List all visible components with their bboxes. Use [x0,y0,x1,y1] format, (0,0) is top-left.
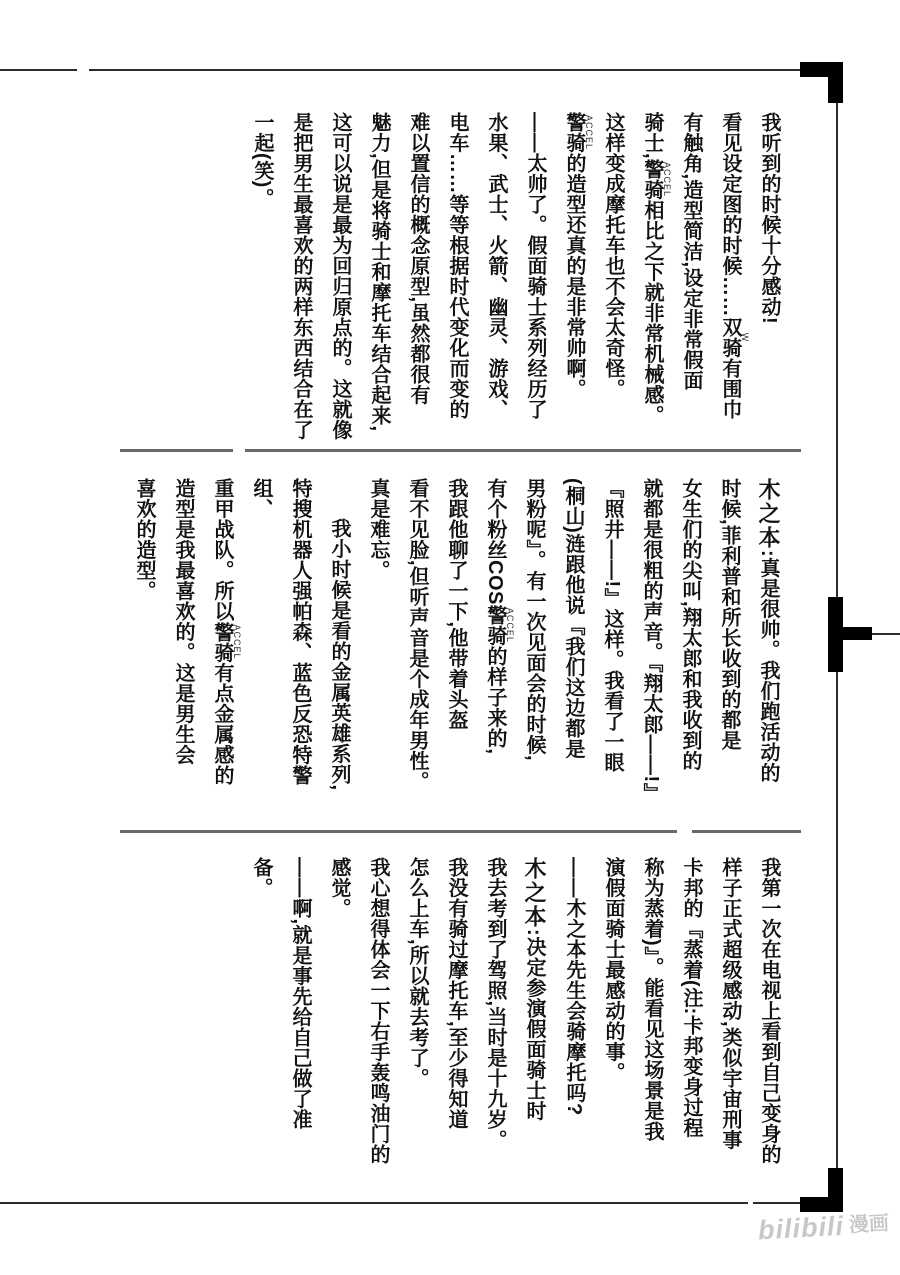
text-column: 这样变成摩托车也不会太奇怪。 [593,112,632,454]
text-column: 电车……等等根据时代变化而变的 [437,112,476,454]
text-column: 一起(笑)。 [242,112,281,454]
interview-section-bottom: 我第一次在电视上看到自己变身的样子正式超级感动,类似宇宙刑事卡邦的『蒸着(注:卡… [241,857,788,1169]
ruby-annotated-text: 警骑ACCEL [563,112,585,153]
text-column: ——啊,就是事先给自己做了准备。 [241,857,319,1169]
text-column: 造型是我最喜欢的。这是男生会 [163,478,202,826]
registration-mark-bottom-right-horizontal [800,1197,843,1212]
text-column: 重甲战队。所以警骑ACCEL有点金属感的 [202,478,241,826]
text-column: 水果、武士、火箭、幽灵、游戏、 [476,112,515,454]
text-column: (桐山)涟跟他说『我们这边都是 [553,478,592,826]
registration-mark-top-right-vertical [828,62,843,103]
trim-line-bottom-right [753,1202,800,1204]
text-column: 我心想得体会一下右手轰鸣油门的 [358,857,397,1169]
text-column: 我去考到了驾照,当时是十九岁。 [475,857,514,1169]
text-column: 这可以说是最为回归原点的。这就像 [320,112,359,454]
text-column: ——木之本先生会骑摩托吗? [554,857,593,1169]
text-column: 木之本:决定参演假面骑士时 [514,857,554,1169]
trim-line-top-left [0,69,77,71]
section-divider [692,830,801,833]
section-divider [120,830,677,833]
text-column: 难以置信的概念原型,虽然都很有 [398,112,437,454]
text-column: 我听到的时候十分感动! [749,112,788,454]
section-divider [245,449,801,452]
text-column: 怎么上车,所以就去考了。 [397,857,436,1169]
text-column: 我跟他聊了一下,他带着头盔 [436,478,475,826]
manga-interview-page: 我听到的时候十分感动!看见设定图的时候……双骑W有围巾有触角,造型简洁,设定非常… [0,0,900,1275]
text-column: 看见设定图的时候……双骑W有围巾 [710,112,749,454]
text-column: 称为蒸着)』。能看见这场景是我 [632,857,671,1169]
registration-mark-middle-right-arm [843,627,872,640]
speaker-name: 木之本 [522,857,547,929]
text-column: 『照井——!』这样。我看了一眼 [592,478,631,826]
text-column: 有个粉丝COS警骑ACCEL的样子来的, [475,478,514,826]
text-column: 是把男生最喜欢的两样东西结合在了 [281,112,320,454]
text-column: 女生们的尖叫,翔太郎和我收到的 [670,478,709,826]
speaker-name: 木之本 [756,478,781,550]
interview-section-middle: 木之本:真是很帅。我们跑活动的时候,菲利普和所长收到的都是女生们的尖叫,翔太郎和… [124,478,788,826]
text-column: 骑士,警骑ACCEL相比之下就非常机械感。 [632,112,671,454]
text-column: 男粉呢』。有一次见面会的时候, [514,478,553,826]
text-column: 特搜机器人强帕森、蓝色反恐特警组、 [241,478,319,826]
manga-logo-text: 漫画 [848,1214,889,1237]
text-column: ——太帅了。假面骑士系列经历了 [515,112,554,454]
ruby-annotated-text: 警骑ACCEL [211,622,233,663]
text-column: 我小时候是看的金属英雄系列, [319,478,358,866]
text-column: 感觉。 [319,857,358,1169]
text-column: 我第一次在电视上看到自己变身的 [749,857,788,1169]
text-column: 我没有骑过摩托车,至少得知道 [436,857,475,1169]
text-column: 时候,菲利普和所长收到的都是 [709,478,748,826]
trim-line-middle-right [872,633,900,635]
text-column: 有触角,造型简洁,设定非常假面 [671,112,710,454]
text-column: 警骑ACCEL的造型还真的是非常帅啊。 [554,112,593,454]
trim-line-bottom [0,1202,748,1204]
text-column: 就都是很粗的声音。『翔太郎——!』 [631,478,670,826]
text-column: 演假面骑士最感动的事。 [593,857,632,1169]
text-column: 卡邦的『蒸着(注:卡邦变身过程 [671,857,710,1169]
registration-mark-middle-right [828,597,843,672]
ruby-annotated-text: 警骑ACCEL [484,605,506,646]
trim-line-top [89,69,800,71]
interview-section-top: 我听到的时候十分感动!看见设定图的时候……双骑W有围巾有触角,造型简洁,设定非常… [242,112,788,454]
text-column: 样子正式超级感动,类似宇宙刑事 [710,857,749,1169]
text-column: 真是难忘。 [358,478,397,826]
text-column: 喜欢的造型。 [124,478,163,826]
ruby-annotated-text: 双骑W [719,317,741,358]
text-column: 魅力,但是将骑士和摩托车结合起来, [359,112,398,454]
bilibili-manga-watermark: bilibili 漫画 [757,1209,889,1247]
text-column: 木之本:真是很帅。我们跑活动的 [748,478,788,826]
ruby-annotated-text: 警骑ACCEL [641,159,663,200]
text-column: 看不见脸,但听声音是个成年男性。 [397,478,436,826]
bilibili-logo-text: bilibili [757,1211,845,1246]
section-divider [120,449,233,452]
